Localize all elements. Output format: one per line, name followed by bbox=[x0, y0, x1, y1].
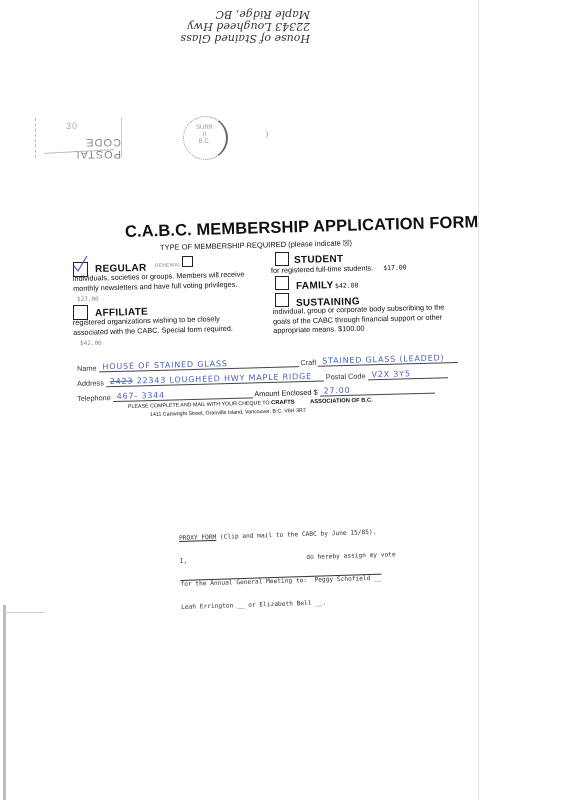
address-field[interactable]: 2423 22343 LOUGHEED HWY MAPLE RIDGE bbox=[106, 371, 324, 388]
proxy-heading: PROXY FORM bbox=[179, 534, 216, 542]
address-label: Address bbox=[77, 378, 104, 388]
proxy-form: PROXY FORM (Clip and mail to the CABC by… bbox=[178, 513, 397, 618]
sustaining-checkbox[interactable] bbox=[275, 293, 289, 307]
renewal-checkbox[interactable] bbox=[182, 256, 193, 267]
postmark-circle-text: SURR II B.C. bbox=[196, 125, 213, 146]
postal-code-field[interactable]: V2X 3Y5 bbox=[367, 367, 447, 380]
postmark-number: 30 bbox=[66, 121, 78, 131]
postal-code-label: Postal Code bbox=[326, 371, 366, 381]
page-edge bbox=[478, 0, 479, 800]
family-price: $42.00 bbox=[335, 281, 359, 290]
form-title: C.A.B.C. MEMBERSHIP APPLICATION FORM bbox=[125, 213, 479, 242]
mail-address: 1411 Cartwright Street, Granville Island… bbox=[150, 408, 306, 418]
telephone-value: 467- 3344 bbox=[117, 391, 165, 401]
amount-field[interactable]: 27.00 bbox=[319, 383, 434, 397]
student-desc-text: for registered full-time students. bbox=[271, 263, 373, 275]
family-title: FAMILY bbox=[296, 280, 334, 292]
craft-field[interactable]: STAINED GLASS (LEADED) bbox=[318, 352, 458, 367]
affiliate-description: registered organizations wishing to be c… bbox=[73, 314, 233, 337]
name-label: Name bbox=[77, 363, 97, 373]
craft-value: STAINED GLASS (LEADED) bbox=[322, 353, 444, 365]
student-description: for registered full-time students. $17.0… bbox=[271, 262, 407, 276]
affiliate-price: $42.00 bbox=[80, 340, 102, 347]
regular-price: $27.00 bbox=[77, 296, 99, 303]
amount-value: 27.00 bbox=[323, 386, 350, 396]
name-value: HOUSE OF STAINED GLASS bbox=[102, 359, 227, 371]
address-struck-value: 2423 bbox=[110, 377, 134, 387]
mail-org-crafts: CRAFTS bbox=[271, 400, 295, 407]
proxy-line-2: I, do hereby assign my vote bbox=[180, 551, 396, 565]
postmark-circle: SURR II B.C. bbox=[183, 116, 228, 160]
return-address: House of Stained Glass 22343 Lougheed Hw… bbox=[150, 8, 310, 44]
check-mark-icon bbox=[72, 255, 88, 273]
proxy-line-3: for the Annual General Meeting to: Peggy… bbox=[180, 574, 396, 588]
postmark-code: POSTAL CODE bbox=[44, 136, 121, 160]
telephone-label: Telephone bbox=[77, 393, 111, 403]
renewal-label: RENEWAL bbox=[155, 262, 181, 269]
student-price: $17.00 bbox=[383, 263, 407, 272]
postal-code-value: V2X 3Y5 bbox=[371, 369, 410, 379]
form-subtitle: TYPE OF MEMBERSHIP REQUIRED (please indi… bbox=[160, 238, 352, 252]
amount-label: Amount Enclosed $ bbox=[254, 388, 317, 399]
return-address-line: House of Stained Glass bbox=[150, 32, 310, 44]
address-value-wrap: 2423 22343 LOUGHEED HWY MAPLE RIDGE bbox=[110, 372, 312, 386]
family-checkbox[interactable] bbox=[275, 276, 289, 290]
student-checkbox[interactable] bbox=[275, 252, 289, 266]
return-address-line: 22343 Lougheed Hwy bbox=[150, 20, 310, 32]
page-edge-shadow bbox=[3, 605, 6, 800]
telephone-field[interactable]: 467- 3344 bbox=[113, 387, 253, 402]
craft-label: Craft bbox=[300, 358, 316, 367]
postmark-stamp: 30 POSTAL CODE bbox=[35, 118, 122, 158]
address-value: 22343 LOUGHEED HWY MAPLE RIDGE bbox=[137, 372, 312, 386]
regular-description: individuals, societies or groups. Member… bbox=[73, 270, 245, 293]
sustaining-description: individual, group or corporate body subs… bbox=[273, 303, 445, 336]
return-address-line: Maple Ridge, BC bbox=[150, 8, 310, 20]
page-edge-tick bbox=[5, 612, 45, 613]
name-field[interactable]: HOUSE OF STAINED GLASS bbox=[98, 356, 298, 372]
mail-org-association: ASSOCIATION OF B.C. bbox=[310, 398, 373, 406]
proxy-line-4: Leah Errington __ or Elizabeth Bell __. bbox=[181, 597, 397, 611]
proxy-line-1: (Clip and mail to the CABC by June 15/85… bbox=[216, 529, 376, 541]
postmark-mark bbox=[264, 130, 268, 138]
